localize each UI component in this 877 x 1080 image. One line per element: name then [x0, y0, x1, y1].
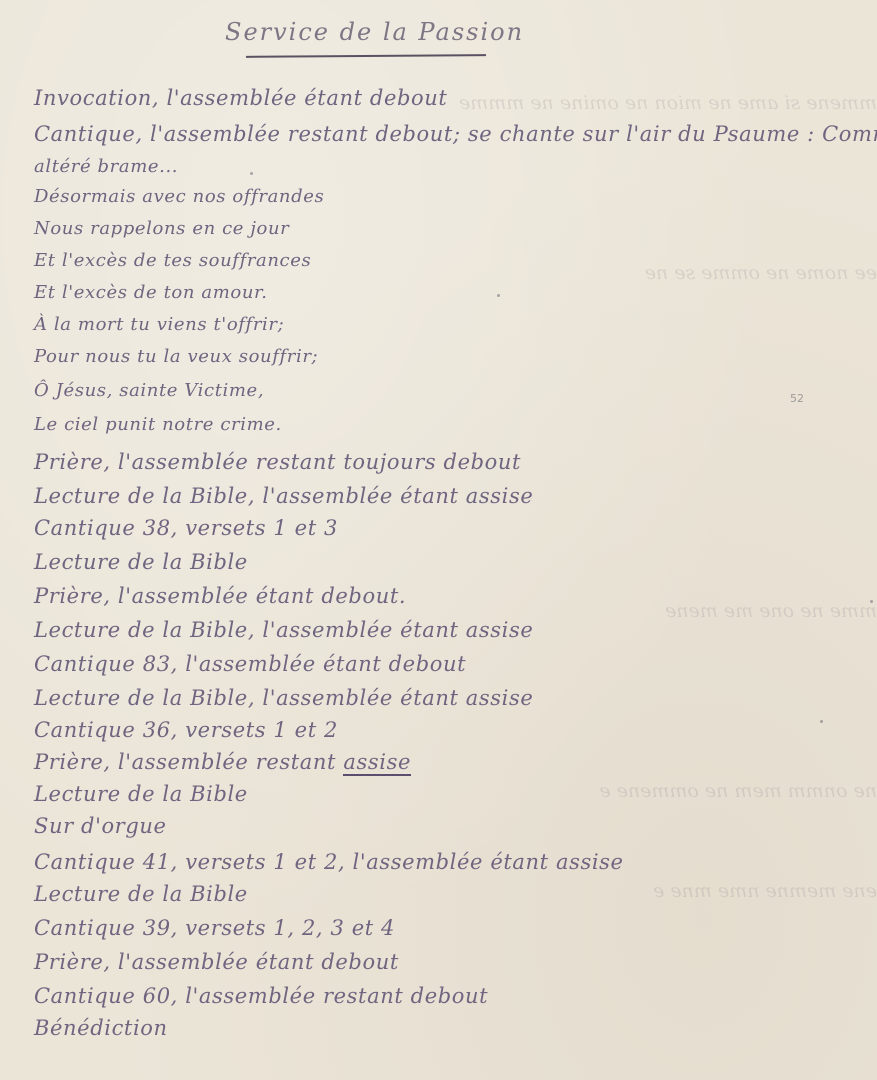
- manuscript-line: Prière, l'assemblée étant debout.: [34, 584, 406, 608]
- manuscript-line: Cantique 39, versets 1, 2, 3 et 4: [34, 916, 395, 940]
- manuscript-line: Prière, l'assemblée étant debout: [34, 950, 399, 974]
- ink-spot: [497, 294, 500, 297]
- manuscript-line: Cantique 83, l'assemblée étant debout: [34, 652, 466, 676]
- manuscript-line: Désormais avec nos offrandes: [34, 186, 324, 207]
- manuscript-line: Pour nous tu la veux souffrir;: [34, 346, 318, 367]
- manuscript-line: Prière, l'assemblée restant assise: [34, 750, 411, 774]
- manuscript-line: Le ciel punit notre crime.: [34, 414, 282, 435]
- title-underline: [246, 54, 486, 58]
- document-title: Service de la Passion: [225, 18, 535, 46]
- manuscript-line: Lecture de la Bible, l'assemblée étant a…: [34, 686, 533, 710]
- ink-spot: [250, 172, 253, 175]
- manuscript-line: Cantique 38, versets 1 et 3: [34, 516, 338, 540]
- manuscript-line: Cantique 60, l'assemblée restant debout: [34, 984, 488, 1008]
- manuscript-line: Lecture de la Bible, l'assemblée étant a…: [34, 484, 533, 508]
- manuscript-line: Bénédiction: [34, 1016, 168, 1040]
- ink-spot: [870, 600, 873, 603]
- manuscript-line: Cantique 41, versets 1 et 2, l'assemblée…: [34, 850, 624, 874]
- manuscript-line: Lecture de la Bible: [34, 782, 248, 806]
- manuscript-page: mmene si ame ne mion ne omine ne mmme ee…: [0, 0, 877, 1080]
- manuscript-line: Nous rappelons en ce jour: [34, 218, 289, 239]
- manuscript-line: Sur d'orgue: [34, 814, 167, 838]
- manuscript-line: Lecture de la Bible: [34, 550, 248, 574]
- ink-spot: [820, 720, 823, 723]
- manuscript-line: Prière, l'assemblée restant toujours deb…: [34, 450, 521, 474]
- manuscript-line: Lecture de la Bible, l'assemblée étant a…: [34, 618, 533, 642]
- manuscript-line: Et l'excès de tes souffrances: [34, 250, 311, 271]
- manuscript-line: Ô Jésus, sainte Victime,: [34, 380, 264, 401]
- manuscript-line: Lecture de la Bible: [34, 882, 248, 906]
- manuscript-line: Invocation, l'assemblée étant debout: [34, 86, 447, 110]
- manuscript-line: À la mort tu viens t'offrir;: [34, 314, 284, 335]
- underlined-word: assise: [343, 750, 411, 776]
- manuscript-line: altéré brame...: [34, 156, 178, 177]
- manuscript-line: Cantique, l'assemblée restant debout; se…: [34, 122, 877, 146]
- manuscript-line: Cantique 36, versets 1 et 2: [34, 718, 338, 742]
- manuscript-line: Et l'excès de ton amour.: [34, 282, 268, 303]
- page-number: 52: [790, 392, 804, 405]
